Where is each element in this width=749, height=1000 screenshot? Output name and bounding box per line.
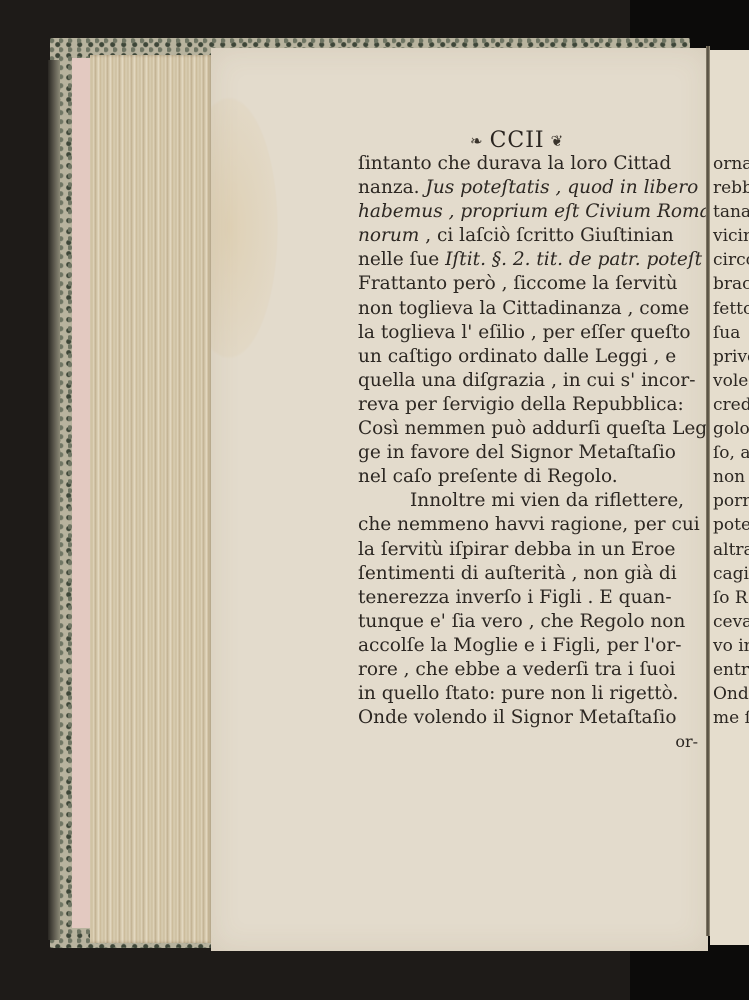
text-segment: rore , che ebbe a vederſi tra i ſuoi — [358, 659, 675, 680]
fragment-line: golo — [713, 417, 749, 441]
text-segment: che nemmeno havvi ragione, per cui — [358, 514, 700, 535]
text-segment: accolſe la Moglie e i Figli, per l'or- — [358, 635, 681, 656]
fragment-line: ſo, a — [713, 441, 749, 465]
text-line: Innoltre mi vien da riflettere, — [358, 489, 708, 513]
text-segment: nel caſo preſente di Regolo. — [358, 466, 618, 487]
text-line: un caſtigo ordinato dalle Leggi , e — [358, 345, 708, 369]
fragment-line: me ſa — [713, 706, 749, 730]
text-line: la toglieva l' eſilio , per eſſer queſto — [358, 321, 708, 345]
text-line: nel caſo preſente di Regolo. — [358, 465, 708, 489]
text-segment: non toglieva la Cittadinanza , come — [358, 298, 689, 319]
text-line: quella una diſgrazia , in cui s' incor- — [358, 369, 708, 393]
text-line: ge in favore del Signor Metaſtaſio — [358, 441, 708, 465]
fragment-line: rebb — [713, 176, 749, 200]
text-segment: Innoltre mi vien da riflettere, — [410, 490, 684, 511]
text-segment: Così nemmen può addurſi queſta Leg- — [358, 418, 708, 439]
text-line: ſentimenti di auſterità , non già di — [358, 562, 708, 586]
fragment-line: orna — [713, 152, 749, 176]
page-number: CCII — [490, 128, 545, 153]
fragment-line: porre — [713, 489, 749, 513]
fragment-line: volea — [713, 369, 749, 393]
text-segment: ſentimenti di auſterità , non già di — [358, 563, 677, 584]
fragment-line: ſo R — [713, 586, 749, 610]
text-segment: Frattanto però , ſiccome la ſervitù — [358, 273, 678, 294]
fragment-line: cagio — [713, 562, 749, 586]
text-line: nelle ſue Iſtit. §. 2. tit. de patr. pot… — [358, 248, 708, 272]
fragment-line: crede — [713, 393, 749, 417]
right-page-text-fragments: ornarebbtanavicincircobracefettoſuaprive… — [713, 152, 749, 730]
text-segment: la ſervitù iſpirar debba in un Eroe — [358, 539, 675, 560]
text-segment: la toglieva l' eſilio , per eſſer queſto — [358, 322, 691, 343]
text-line: non toglieva la Cittadinanza , come — [358, 297, 708, 321]
ornament-right-icon: ❦ — [551, 132, 565, 150]
text-segment: un caſtigo ordinato dalle Leggi , e — [358, 346, 676, 367]
fragment-line: tana — [713, 200, 749, 224]
fragment-line: potev — [713, 513, 749, 537]
fragment-line: vo in — [713, 634, 749, 658]
text-segment: quella una diſgrazia , in cui s' incor- — [358, 370, 696, 391]
text-line: Così nemmen può addurſi queſta Leg- — [358, 417, 708, 441]
catchword: or- — [358, 730, 708, 754]
text-line: rore , che ebbe a vederſi tra i ſuoi — [358, 658, 708, 682]
text-segment: tenerezza inverſo i Figli . E quan- — [358, 587, 672, 608]
text-line: in quello ſtato: pure non li rigettò. — [358, 682, 708, 706]
text-line: norum , ci laſciò ſcritto Giuſtinian — [358, 224, 708, 248]
fragment-line: vicin — [713, 224, 749, 248]
italic-segment: habemus , proprium eſt Civium Roma — [358, 201, 708, 222]
page-header: ❧ CCII ❦ — [470, 128, 564, 153]
text-segment: ge in favore del Signor Metaſtaſio — [358, 442, 676, 463]
text-line: la ſervitù iſpirar debba in un Eroe — [358, 538, 708, 562]
text-line: nanza. Jus poteſtatis , quod in libero — [358, 176, 708, 200]
text-segment: reva per ſervigio della Repubblica: — [358, 394, 684, 415]
text-line: Onde volendo il Signor Metaſtaſio — [358, 706, 708, 730]
fragment-line: altra — [713, 538, 749, 562]
fragment-line: prive — [713, 345, 749, 369]
page-block-edges — [90, 55, 212, 943]
text-segment: tunque e' ſia vero , che Regolo non — [358, 611, 685, 632]
fragment-line: ſua — [713, 321, 749, 345]
text-line: reva per ſervigio della Repubblica: — [358, 393, 708, 417]
text-line: che nemmeno havvi ragione, per cui — [358, 513, 708, 537]
text-segment: , ci laſciò ſcritto Giuſtinian — [419, 225, 673, 246]
fragment-line: Onde — [713, 682, 749, 706]
fragment-line: circo — [713, 248, 749, 272]
text-line: accolſe la Moglie e i Figli, per l'or- — [358, 634, 708, 658]
text-segment: ſintanto che durava la loro Cittad — [358, 153, 671, 174]
fragment-line: fetto — [713, 297, 749, 321]
ornament-left-icon: ❧ — [470, 132, 484, 150]
text-line: tenerezza inverſo i Figli . E quan- — [358, 586, 708, 610]
text-line: Frattanto però , ſiccome la ſervitù — [358, 272, 708, 296]
text-segment: in quello ſtato: pure non li rigettò. — [358, 683, 678, 704]
body-text: ſintanto che durava la loro Cittadnanza.… — [358, 152, 708, 754]
italic-segment: Iſtit. §. 2. tit. de patr. poteſt — [445, 249, 702, 270]
text-segment: nelle ſue — [358, 249, 445, 270]
italic-segment: Jus poteſtatis , quod in libero — [425, 177, 698, 198]
italic-segment: norum — [358, 225, 419, 246]
text-line: habemus , proprium eſt Civium Roma — [358, 200, 708, 224]
text-line: tunque e' ſia vero , che Regolo non — [358, 610, 708, 634]
cover-edge — [48, 60, 60, 940]
text-line: ſintanto che durava la loro Cittad — [358, 152, 708, 176]
fragment-line: entra — [713, 658, 749, 682]
text-segment: nanza. — [358, 177, 425, 198]
fragment-line: brace — [713, 272, 749, 296]
text-segment: Onde volendo il Signor Metaſtaſio — [358, 707, 676, 728]
fragment-line: ceva — [713, 610, 749, 634]
fragment-line: non — [713, 465, 749, 489]
